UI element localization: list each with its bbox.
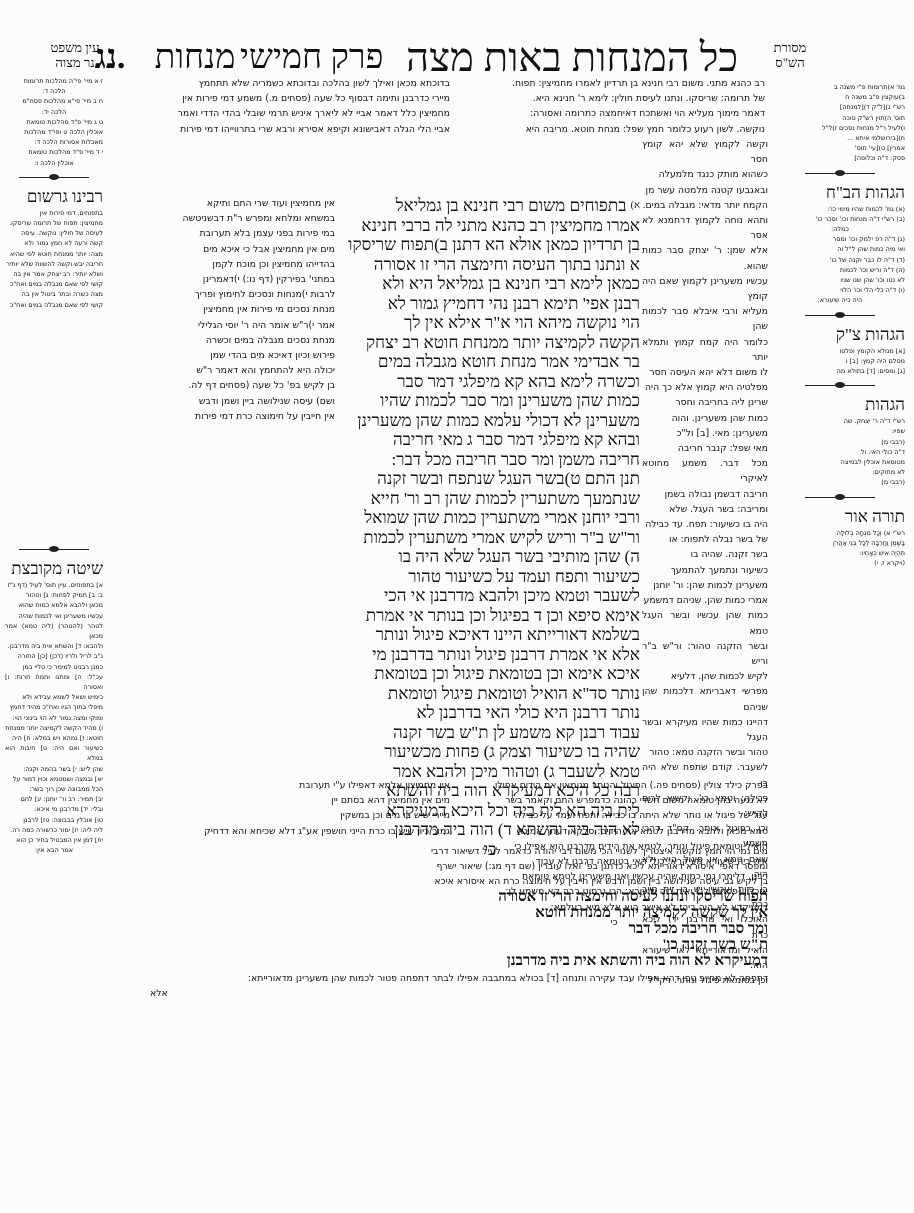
ornament-divider <box>805 380 875 390</box>
ein-mishpat-label-line1: עין משפט <box>40 40 110 55</box>
gemara-line: עבוד רבנן קא משמע לן ת"ש בשר זקנה <box>340 723 640 743</box>
shita-mekubetzet-heading: שיטה מקובצת <box>5 558 103 580</box>
rashi-line: נוקשה. לשון רעוע כלומר חמץ שפל: מנחת חוט… <box>460 122 765 137</box>
shita-line: עכשיו משערינן ואי לכמות שהיה <box>5 611 103 621</box>
ein-mishpat-line: ט ג מיי' פ"ד מהלכות טומאת <box>5 117 103 127</box>
torah-ohr-line: רש"י א) וְכָל מִנְחָה בְלוּלָה <box>775 528 905 538</box>
tzk-line: [ג] ומסים: [ד] בתולא מה <box>775 366 905 376</box>
tosafot-dibur-hamatchil: תפוח שריסקו ונתנו לעיסה וחימצה הרי זו אס… <box>150 890 768 906</box>
tosafot-line: מיירי כדרבנן ותימה דבסוף כל שעה (פסחים מ… <box>150 91 450 106</box>
hagahot-heading: הגהות <box>775 394 905 416</box>
ein-mishpat-line: אוכלין הלכה ט ופי"ד מהלכות <box>5 127 103 137</box>
gershom-line: מצה: יותר ממנחת חוטא לפי שהיא <box>5 249 103 259</box>
hagahot-line: ד"ה כולי האי. ול <box>775 447 905 457</box>
left-margin-lower: שיטה מקובצת א] בתפוחים. עיין תוס' לעיל (… <box>5 540 103 855</box>
rashi-line: בשר זקנה. שהיה בו <box>642 547 768 562</box>
gemara-line: שנתמעך משתערין לכמות שהן רב ור' חייא <box>340 489 640 509</box>
ein-mishpat-line: ח ב מיי' פי"א מהלכות פסח"מ <box>5 96 103 106</box>
hagahot-habach-heading: הגהות הב"ח <box>775 182 905 204</box>
rashi-line: כלומר היה קמח קמוץ ותמלא יותר <box>642 335 768 365</box>
rashi-line: מפרשי דאבריתא דלכמות שהן שניהם <box>642 684 768 714</box>
gershom-line: מחמיצין: תפוח של תרומה שריסקו. <box>5 218 103 228</box>
tosafot-line: מנחת נסכים מי פירות אין מחמיצין <box>150 302 335 317</box>
mesoret-hashas-label: מסורת הש"ס <box>740 40 840 70</box>
gemara-line: חריבה משמן ומר סבר חריבה מכל דבר: <box>340 450 640 470</box>
tosafot-line: ושם) עיסה שנילושה ביין ושמן ודבש <box>150 394 335 409</box>
tractate-name: מנחות <box>145 36 245 80</box>
tzk-line: [א] מגולא הקומץ ופלטו <box>775 346 905 356</box>
torah-ohr: רש"י א) וְכָל מִנְחָה בְלוּלָה בַשֶּׁמֶן… <box>775 528 905 569</box>
shita-line: מכאן ולהבא אלמא כמות שהוא <box>5 600 103 610</box>
torah-ohr-heading: תורה אור <box>775 506 905 528</box>
gemara-line: ור"ש ב"ר וריש לקיש אמרי משתערין לכמות <box>340 528 640 548</box>
tosafot-dibur-hamatchil: ת"ש בשר זקנה כו' <box>150 938 768 954</box>
ein-mishpat-line: מאכלות אסורות הלכה ד: <box>5 137 103 147</box>
hagahot-tzk-heading: הגהות צ"ק <box>775 324 905 346</box>
ornament-divider <box>805 492 875 502</box>
gemara-line: כמאן לימא רבי חנינא בן גמליאל היא ולא <box>340 274 640 294</box>
torah-ohr-line: תִּהְיֶה אִישׁ כְּאָחִיו: <box>775 548 905 558</box>
shita-line: טו] אוכלין בבבוצה: טז] לרבנן <box>5 815 103 825</box>
rashi-line: רב כהנא מתני. משום רבי חנינא בן תרדיון ל… <box>460 76 765 91</box>
gemara-line: רבנן אפי' תימא רבנן נהי דחמיץ גמור לא <box>340 294 640 314</box>
rashi-line: דאמר מימוך מעליא הוי ואשתכח דאיחמצה כתרו… <box>460 106 765 121</box>
rashi-line: מאי שפל: קנבר חריבה <box>642 441 768 456</box>
shita-line: ו) מהיד הקשה לקמיצה יותר ממנחת <box>5 723 103 733</box>
bach-line: (א) גמ' לכמות שהיו מימי כו': <box>775 204 905 214</box>
ein-mishpat: ז א מיי' פי"ה מהלכות תרומות הלכה ד: ח ב … <box>5 76 103 168</box>
mesoret-hashas: גמ' א)תרומות פ"י משנה ב ב)עוקצין פ"ב משנ… <box>775 82 905 164</box>
rashi-line: כמות שהן משערינן. והוה <box>642 411 768 426</box>
gershom-line: קושי לפי שאם מגבלה במים ואח"כ <box>5 300 103 310</box>
tosafot-heading-demeikara: דמעיקרא לא הוה ביה והשתא אית ביה מדרבנן <box>507 953 768 969</box>
hagahot-line: שפיו: <box>775 426 905 436</box>
shita-line: ומוקי ומצה גמור לא הוי בינוני הוי: <box>5 713 103 723</box>
ein-mishpat-line: הלכה ד: <box>5 86 103 96</box>
ein-mishpat-label: עין משפט נר מצוה <box>40 40 110 70</box>
tosafot-lower-column: אין מחמיצין אלמא דאפילו ע"י תערובת מים א… <box>150 778 450 839</box>
bach-line: (ו) ד"ה כלי הלי וכו' הלוי <box>775 285 905 295</box>
hagahot-habach: (א) גמ' לכמות שהיו מימי כו': (ב) רש"י ד"… <box>775 204 905 306</box>
tosafot-line: אין חייבין על חימוצה כרת דמי פירות <box>150 409 335 424</box>
ornament-divider <box>19 172 89 182</box>
rashi-line: ובשר הזקנה טהור: ור"ש ב"ר וריש <box>642 639 768 669</box>
shita-line: יא] ובמצה ושמטמא וכוין דמור על <box>5 774 103 784</box>
gemara-line: לשעבר וטמא מיכן ולהבא מדרבנן אי הכי <box>340 586 640 606</box>
shita-line: ליה ליה: יז] ימור כרשורה כמה רה. <box>5 825 103 835</box>
mesoret-line: ח)[בירושלמי איתא ... <box>775 133 905 143</box>
shita-line: אמר הבא אין: <box>5 845 103 855</box>
mesoret-line: רש"י ג)[ל"ק ד)[למנחה] <box>775 102 905 112</box>
shita-line: יח] דמן אין המבטיל בחיר כן הוא <box>5 835 103 845</box>
tosafot-line: אמר י)ר"ש אומר היה ר' יוסי הגלילי <box>150 318 335 333</box>
rashi-line: משערינן: מאי. [ב] ול"כ <box>642 426 768 441</box>
rashi-line: דהיינו כמות שהיו מעיקרא ובשר העגל <box>642 715 768 745</box>
ein-mishpat-line: הלכה יד: <box>5 107 103 117</box>
tosafot-line: במשחא ומלחא ומפרש ר"ת דבשניטשה <box>150 211 335 226</box>
tosafot-line: פירוש וכיון דאיכא מים בהדי שמן <box>150 348 335 363</box>
gemara-line: נותר דרבנן היא כולי האי בדרבנן לא <box>340 703 640 723</box>
hagahot-line: לא מתוקים: <box>775 467 905 477</box>
mesoret-line: פסק: ד"ה וכלופה] <box>775 153 905 163</box>
shita-line: מיפלי בתוך הגיו ואח"כ מהיד דחמץ <box>5 702 103 712</box>
tosafot-line: מנחת נסכים מגבלה במים וכשרה <box>150 333 335 348</box>
hagahot-line: מטומאת אוכלין לבמיצה <box>775 457 905 467</box>
gemara-line: א ונתנו בתוך העיסה וחימצה הרי זו אסורה <box>340 255 640 275</box>
rashi-line: הקמח יותר מדאי: מגבלה במים. <box>642 198 768 213</box>
shita-line: לטהר (להטהר) (ליה טמא) אמר מכאן <box>5 621 103 641</box>
gemara-text: א) בתפוחים משום רבי חנינא בן גמליאל אמרו… <box>340 196 640 859</box>
tosafot-catchword: אלא <box>150 986 768 1001</box>
shita-line: ב: ב] תמיק לפחות: ג] וטהור <box>5 590 103 600</box>
gemara-line: בשלמא דאורייתא היינו דאיכא פיגול ונותר <box>340 625 640 645</box>
gemara-line: בן תרדיון כמאן אולא הא דתנן ב)תפוח שריסק… <box>340 235 640 255</box>
gemara-line: וכשרה לימא בהא קא מיפלגי דמר סבר <box>340 372 640 392</box>
right-margin: גמ' א)תרומות פ"י משנה ב ב)עוקצין פ"ב משנ… <box>775 82 905 569</box>
gemara-marker: א) <box>631 200 640 211</box>
ein-mishpat-label-line2: נר מצוה <box>40 55 110 70</box>
gemara-line: אלא אי אמרת דרבנן פיגול ונותר בדרבנן מי <box>340 645 640 665</box>
rashi-line: לקיש לכמות שהן. דלעיא <box>642 669 768 684</box>
gemara-line-text: בתפוחים משום רבי חנינא בן גמליאל <box>396 196 627 215</box>
tosafot-heading-umar: ומר סבר חריבה מכל דבר <box>629 921 768 937</box>
rashi-line: היה בו כשיעור: תפח. עד כבילה <box>642 517 768 532</box>
rashi-line: ובאגבעו קטנה מלמטה עשר מן <box>642 183 768 198</box>
tosafot-heading-tapuach: תפוח שריסקו ונתנו לעיסה וחימצה הרי זו אס… <box>498 889 768 905</box>
shita-line: א] בתפוחים. עיין תוס' לעיל (דף נ"ז <box>5 580 103 590</box>
rabbenu-gershom: בתפוחים. דמי פירות אין מחמיצין: תפוח של … <box>5 208 103 310</box>
tosafot-dibur-hamatchil: אין לך שקשה לקמיצה יותר ממנחת חוטא <box>150 906 768 922</box>
shita-line: כשיעור ואם היה: ט] חיבות הוא במלא <box>5 743 103 763</box>
gemara-line: בר אבדימי אמר מנחת חוטא מגבלה במים <box>340 352 640 372</box>
tosafot-line: בן לקיש גבי עיסה שנילושה ביין ושמן ודבש … <box>150 874 768 889</box>
tosafot-line: לרבות י)מנחות ונסכים לחימוץ ופריך <box>150 287 335 302</box>
rashi-line: עכשיו משערינן לקמוץ שאם היה קומץ <box>642 274 768 304</box>
gershom-line: קשה ורעה לא חמץ גמור ולא <box>5 238 103 248</box>
ein-mishpat-line: ז א מיי' פי"ה מהלכות תרומות <box>5 76 103 86</box>
shita-line: ובלי: יד] מדרבנן מי איכא: <box>5 804 103 814</box>
gemara-line: הקשה לקמיצה יותר ממנחת חוטא רב יצחק <box>340 333 640 353</box>
mesoret-label-line1: מסורת <box>740 40 840 55</box>
gemara-line: תנן התם ט)בשר העגל שנתפח ובשר זקנה <box>340 469 640 489</box>
rashi-line: של בשר נבלה לתפוח: או <box>642 532 768 547</box>
mesoret-label-line2: הש"ס <box>740 55 840 70</box>
rashi-line: של תרומה: שריסקו. ונתנו לעיסת חולין: לימ… <box>460 91 765 106</box>
bach-line: (ג) ד"ה רפ ילמק וכו' ומסר <box>775 234 905 244</box>
rashi-line: מפלטיה היא קמוץ אלא כך היה <box>642 380 768 395</box>
shita-line: חוטא: ז] נמהא ויש במלא: ח] היה <box>5 733 103 743</box>
bach-line: (ב) רש"י ד"ה מנחות וכו' וסכר כו' <box>775 214 905 224</box>
gemara-line: נותר סד"א הואיל וטומאת פיגול וטומאת <box>340 684 640 704</box>
tosafot-line: דתפחה לא מחייב טפי דהא אפילו עבד עקירה ו… <box>150 971 768 986</box>
gershom-line: קושי לפי שאם מגבלה במים ואח"כ <box>5 279 103 289</box>
rashi-line: שרינן ליה בחריבה וחסר <box>642 395 768 410</box>
gershom-line: לעיסה של חולין: נוקשה. עיסה <box>5 228 103 238</box>
shita-line: עכ"ל: ה] ומתנו וחמת חרות: ו] ואסורה <box>5 672 103 692</box>
mesoret-line: תוס' ה)תוין רש"ק סוכה <box>775 113 905 123</box>
gemara-line: כמות שהן משערינן ומר סבר לכמות שהיו <box>340 391 640 411</box>
ornament-divider <box>19 544 89 554</box>
gemara-line: אימא סיפא וכן ד בפיגול וכן בנותר אי אמרת <box>340 606 640 626</box>
torah-ohr-line: (ויקרא ז, י) <box>775 558 905 568</box>
shita-line: הכל ממבוצה שכן רוך בשר: <box>5 784 103 794</box>
tosafot-dibur-hamatchil: ומר סבר חריבה מכל דבר <box>150 922 768 938</box>
gershom-line: בתפוחים. דמי פירות אין <box>5 208 103 218</box>
rashi-line: חריבה דבשמן נבולה בשמן <box>642 487 768 502</box>
rashi-line: כשיעור ונתמעך להתמעך <box>642 563 768 578</box>
tosafot-top: בדוכתא מכאן ואילך לשון בהלכה ובדוכתא כשמ… <box>150 76 450 137</box>
gemara-line: איכא אימא וכן בטומאת פיגול וכן בטומאת <box>340 664 640 684</box>
tosafot-line: מיירי שיש בו מים וכן במשקין <box>150 808 450 823</box>
left-margin: ז א מיי' פי"ה מהלכות תרומות הלכה ד: ח ב … <box>5 76 103 310</box>
rashi-line: משערינן לכמות שהן: ור' יוחנן <box>642 578 768 593</box>
tosafot-line: אין מחמיצין ועוד שרי התם ותיקא <box>150 196 335 211</box>
tosafot-line: ומפסר דאפי' איסורא דאורייתא ליכא כדתנן ב… <box>150 859 768 874</box>
gemara-line: שהיה בו כשיעור וצמק ג) פחות מכשיעור <box>340 742 640 762</box>
shita-line: יב] תמיר: רב ור' יוחנן: יג] לחם <box>5 794 103 804</box>
tosafot-heading-tash: ת"ש בשר זקנה כו' <box>662 937 768 953</box>
tosafot-line: יכולה היא להתחמץ והא דאמר ר"ש <box>150 363 335 378</box>
gemara-line: א) בתפוחים משום רבי חנינא בן גמליאל <box>340 196 640 216</box>
bach-line: ואי מיה כמות שהן ל"ל וה <box>775 244 905 254</box>
torah-ohr-line: בַשֶּׁמֶן וַחֲרֵבָה לְכָל בְּנֵי אַהֲרֹן <box>775 538 905 548</box>
mesoret-line: גמ' א)תרומות פ"י משנה ב <box>775 82 905 92</box>
gershom-line: חריבה יבש וקשה להשוות שלא יותיר <box>5 259 103 269</box>
hagahot-line: (רבבי מ) <box>775 477 905 487</box>
tzk-line: מסלם היה קמץ: [ב] ו <box>775 356 905 366</box>
tosafot-line: בהדייהו מחמיצין וכן מוכח לקמן <box>150 257 335 272</box>
bach-line: (ד) ד"ה לו כבר וקנה של כו' <box>775 255 905 265</box>
tractate-title: כל המנחות באות מצה <box>368 36 738 80</box>
gershom-line: ושלא יותיר: רב יצחק אמר אין בה <box>5 269 103 279</box>
rashi-line: טהור ובשר הזקנה טמא: טהור <box>642 745 768 760</box>
gemara-line: משערינן לא דכולי עלמא כמות שהן משערינן <box>340 411 640 431</box>
gemara-line: אמרו מחמיצין רב כהנא מתני לה ברבי חנינא <box>340 216 640 236</box>
hagahot-line: (רבבי מ) <box>775 437 905 447</box>
hagahot-tzk: [א] מגולא הקומץ ופלטו מסלם היה קמץ: [ב] … <box>775 346 905 377</box>
tosafot-line: בן לקיש בפ' כל שעה (פסחים דף לה. <box>150 378 335 393</box>
gemara-line: כשיעור ותפח ועמד על כשיעור טהור <box>340 567 640 587</box>
tosafot-line: במתני' בפירקין (דף נו:) י)דאמרינן <box>150 272 335 287</box>
ein-mishpat-line: אוכלין הלכה ו: <box>5 158 103 168</box>
tosafot-line: מים נמי הוי חמץ נוקשה איצטריך לשנויי הכי… <box>150 844 768 859</box>
chapter-label: פרק חמישי <box>240 36 370 80</box>
rashi-line: כמות שהן עכשיו ובשר העגל טמא <box>642 608 768 638</box>
gemara-line: ורבי יוחנן אמרי משתערין כמות שהן שמואל <box>340 508 640 528</box>
tosafot-heading-ein-lecha: אין לך שקשה לקמיצה יותר ממנחת חוטא <box>535 905 768 921</box>
rashi-line: אמרי כמות שהן. שניהם דמשמע <box>642 593 768 608</box>
tosafot-line: מים אין מחמיצין אבל כי איכא מים <box>150 242 335 257</box>
shita-mekubetzet: א] בתפוחים. עיין תוס' לעיל (דף נ"ז ב: ב]… <box>5 580 103 855</box>
mesoret-line: ו)לעיל ר"ל מנחות נסכים ז)ל"ל <box>775 123 905 133</box>
gemara-line: ובהא קא מיפלגי דמר סבר ג מאי חריבה <box>340 430 640 450</box>
bach-line: לא נטו וכו' שהן שנו שניו <box>775 275 905 285</box>
bach-line: (ה) ד"ה וריש וכו' לכמות <box>775 265 905 275</box>
tosafot-line: מים אין מחמיצין דהא בסתם יין <box>150 793 450 808</box>
rashi-line: וקשה לקמוץ שלא יהא קומץ חסר <box>642 137 768 167</box>
tosafot-middle-column: אין מחמיצין ועוד שרי התם ותיקא במשחא ומל… <box>150 196 335 424</box>
shita-line: שהן ליש: י] בשר בהמה וקנה: <box>5 764 103 774</box>
tosafot-dibur-hamatchil: דמעיקרא לא הוה ביה והשתא אית ביה מדרבנן <box>150 954 768 970</box>
tosafot-line: בדוכתא מכאן ואילך לשון בהלכה ובדוכתא כשמ… <box>150 76 450 91</box>
bach-line: היה כיה שיעורא: <box>775 295 905 305</box>
gemara-line: ה) שהן מותיבי בשר העגל שלא היה בו <box>340 547 640 567</box>
tosafot-line: במי פירות בפני עצמן בלא תערובת <box>150 226 335 241</box>
ornament-divider <box>805 310 875 320</box>
ornament-divider <box>805 168 875 178</box>
hagahot: רש"י ד"ה ר' יצחק. שה שפיו: (רבבי מ) ד"ה … <box>775 416 905 487</box>
tosafot-bottom: מים נמי הוי חמץ נוקשה איצטריך לשנויי הכי… <box>150 844 768 1001</box>
rashi-line: מכל דבר. משמע מחוטא לאיקרי <box>642 456 768 486</box>
tosafot-line: אין מחמיצין אלמא דאפילו ע"י תערובת <box>150 778 450 793</box>
shita-line: ולהבא: ד] והשתא אית ביה מדרבנן. <box>5 641 103 651</box>
mesoret-line: אמרין] ט)[עי' תוס' <box>775 143 905 153</box>
ein-mishpat-line: י ד מיי' פ"ד מהלכות טומאת <box>5 147 103 157</box>
mesoret-line: ב)עוקצין פ"ב משנה ח <box>775 92 905 102</box>
hagahot-line: רש"י ד"ה ר' יצחק. שה <box>775 416 905 426</box>
tosafot-line: מחמיצין כלל דאמר אביי לא ליארך איניש תרמ… <box>150 106 450 121</box>
tosafot-line: אביי הלי הגלה דאבישונא וקיפא אסירא ורבא … <box>150 122 450 137</box>
rashi-line: כשהוא מותק כנגד מלמעלה <box>642 167 768 182</box>
shita-line: כימיש ושאל לשמא עבידא ולא <box>5 692 103 702</box>
rashi-commentary-top: רב כהנא מתני. משום רבי חנינא בן תרדיון ל… <box>460 76 765 137</box>
gershom-line: מצה כשרה ובתר ביטול אין בה <box>5 289 103 299</box>
rabbenu-gershom-heading: רבינו גרשום <box>5 186 103 208</box>
bach-line: כמלה: <box>775 224 905 234</box>
tosafot-line: גמור כיון שיש בו כרת הייני חושפין אע"ג ד… <box>150 824 450 839</box>
rashi-line: אלא שמן: ר' יצחק סבר כמות שהוא. <box>642 243 768 273</box>
shita-line: נ"ב לריל ולריו (דכן) [כן] התורה <box>5 651 103 661</box>
shita-line: כמנן רבנינו למימר כי טליי במן <box>5 662 103 672</box>
rashi-line: ותהא נוחה לקמוץ דרחמנא לא אסר <box>642 213 768 243</box>
rashi-line: לו משום דלא יהא העיסה חסר <box>642 365 768 380</box>
rashi-line: ומריבה: בשר העגל. שלא <box>642 502 768 517</box>
gemara-line: הוי נוקשה מיהא הוי א"ר אילא אין לך <box>340 313 640 333</box>
rashi-line: מעליא ורבי איבלא סבר לכמות שהן <box>642 304 768 334</box>
